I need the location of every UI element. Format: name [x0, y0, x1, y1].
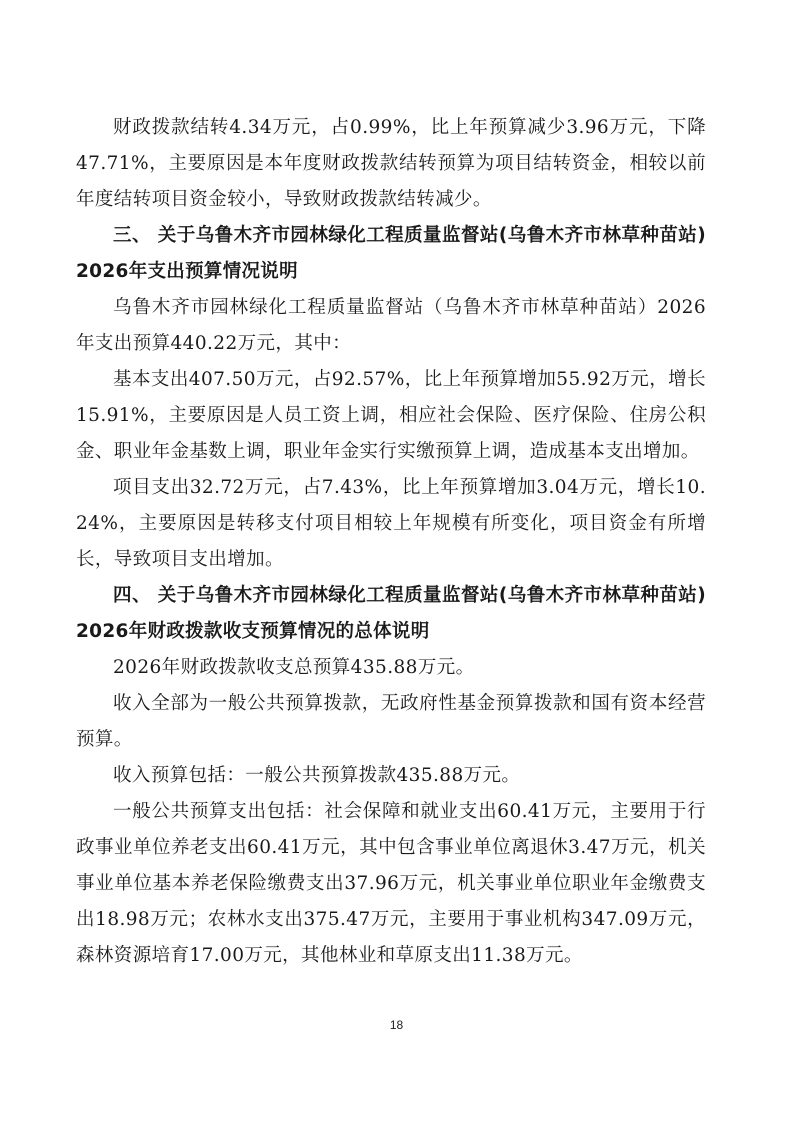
paragraph-income-budget: 收入预算包括：一般公共预算拨款435.88万元。 [76, 758, 706, 794]
document-page-body: 财政拨款结转4.34万元，占0.99%，比上年预算减少3.96万元，下降47.7… [76, 110, 706, 974]
paragraph-project-expenditure: 项目支出32.72万元，占7.43%，比上年预算增加3.04万元，增长10.24… [76, 470, 706, 578]
page-number: 18 [0, 1018, 793, 1032]
paragraph-appropriation-carryover: 财政拨款结转4.34万元，占0.99%，比上年预算减少3.96万元，下降47.7… [76, 110, 706, 218]
section-heading-4-appropriation-overview: 四、 关于乌鲁木齐市园林绿化工程质量监督站(乌鲁木齐市林草种苗站)2026年财政… [76, 578, 706, 650]
paragraph-income-composition: 收入全部为一般公共预算拨款，无政府性基金预算拨款和国有资本经营预算。 [76, 686, 706, 758]
section-heading-3-expenditure-budget: 三、 关于乌鲁木齐市园林绿化工程质量监督站(乌鲁木齐市林草种苗站)2026年支出… [76, 218, 706, 290]
paragraph-basic-expenditure: 基本支出407.50万元，占92.57%，比上年预算增加55.92万元，增长15… [76, 362, 706, 470]
paragraph-total-expenditure: 乌鲁木齐市园林绿化工程质量监督站（乌鲁木齐市林草种苗站）2026年支出预算440… [76, 290, 706, 362]
paragraph-total-appropriation: 2026年财政拨款收支总预算435.88万元。 [76, 650, 706, 686]
paragraph-public-expenditure-detail: 一般公共预算支出包括：社会保障和就业支出60.41万元，主要用于行政事业单位养老… [76, 794, 706, 974]
